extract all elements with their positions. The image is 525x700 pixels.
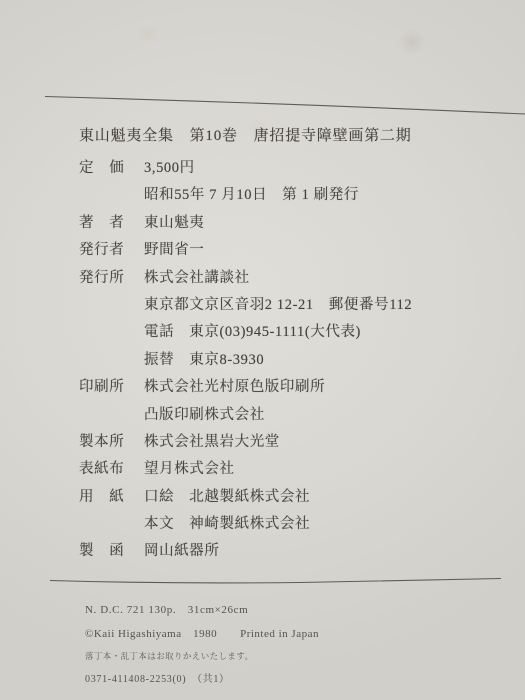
row-label: 製本所 [79, 430, 144, 457]
row-address: 東京都文京区音羽2 12-21 郵便番号112 [79, 293, 499, 320]
row-label: 発行所 [79, 266, 144, 293]
replacement-notice-line: 落丁本・乱丁本はお取りかえいたします。 [85, 650, 319, 662]
row-label: 表紙布 [79, 457, 144, 484]
row-value: 東京都文京区音羽2 12-21 郵便番号112 [144, 293, 412, 320]
row-label [79, 320, 144, 347]
row-value: 電話 東京(03)945-1111(大代表) [144, 320, 361, 347]
copyright-line: ©Kaii Higashiyama 1980 Printed in Japan [85, 625, 319, 641]
row-value: 3,500円 [144, 156, 195, 183]
row-publisher-person: 発行者 野間省一 [79, 238, 499, 265]
row-value: 振替 東京8-3930 [144, 348, 264, 375]
row-value: 株式会社講談社 [144, 266, 250, 293]
row-label: 著 者 [79, 211, 144, 238]
bottom-rule [50, 579, 501, 583]
ndc-size-line: N. D.C. 721 130p. 31cm×26cm [85, 601, 319, 617]
row-value: 株式会社黒岩大光堂 [144, 430, 280, 457]
row-label: 製 函 [79, 539, 144, 566]
row-label [79, 403, 144, 430]
top-rule [45, 97, 525, 115]
row-label: 用 紙 [79, 485, 144, 512]
row-label [79, 348, 144, 375]
row-value: 株式会社光村原色版印刷所 [144, 375, 325, 402]
row-value: 岡山紙器所 [144, 539, 220, 566]
row-value: 望月株式会社 [144, 457, 235, 484]
book-title-line: 東山魁夷全集 第10巻 唐招提寺障壁画第二期 [79, 124, 412, 145]
row-value: 東山魁夷 [144, 211, 204, 238]
row-print-date: 昭和55年 7 月10日 第 1 刷発行 [79, 183, 499, 210]
book-colophon-page: 東山魁夷全集 第10巻 唐招提寺障壁画第二期 定 価 3,500円 昭和55年 … [0, 0, 525, 700]
row-paper-body: 本文 神崎製紙株式会社 [79, 512, 499, 539]
row-label: 定 価 [79, 156, 144, 183]
row-slipcase-maker: 製 函 岡山紙器所 [79, 539, 499, 566]
row-value: 昭和55年 7 月10日 第 1 刷発行 [144, 183, 359, 210]
row-label [79, 293, 144, 320]
row-paper-frontispiece: 用 紙 口絵 北越製紙株式会社 [79, 485, 499, 512]
row-author: 著 者 東山魁夷 [79, 211, 499, 238]
colophon-rows: 定 価 3,500円 昭和55年 7 月10日 第 1 刷発行 著 者 東山魁夷… [79, 156, 499, 567]
row-value: 口絵 北越製紙株式会社 [144, 485, 310, 512]
row-label: 印刷所 [79, 375, 144, 402]
row-label: 発行者 [79, 238, 144, 265]
row-value: 本文 神崎製紙株式会社 [144, 512, 310, 539]
row-price: 定 価 3,500円 [79, 156, 499, 183]
row-value: 凸版印刷株式会社 [144, 403, 265, 430]
row-label [79, 183, 144, 210]
row-postal-transfer: 振替 東京8-3930 [79, 348, 499, 375]
row-printer: 印刷所 株式会社光村原色版印刷所 [79, 375, 499, 402]
row-cover-cloth: 表紙布 望月株式会社 [79, 457, 499, 484]
book-code-line: 0371-411408-2253(0) （共1） [85, 670, 319, 685]
row-printer-2: 凸版印刷株式会社 [79, 403, 499, 430]
row-value: 野間省一 [144, 238, 204, 265]
colophon-footer: N. D.C. 721 130p. 31cm×26cm ©Kaii Higash… [85, 601, 319, 685]
row-bindery: 製本所 株式会社黒岩大光堂 [79, 430, 499, 457]
row-label [79, 512, 144, 539]
row-publishing-house: 発行所 株式会社講談社 [79, 266, 499, 293]
row-telephone: 電話 東京(03)945-1111(大代表) [79, 320, 499, 347]
